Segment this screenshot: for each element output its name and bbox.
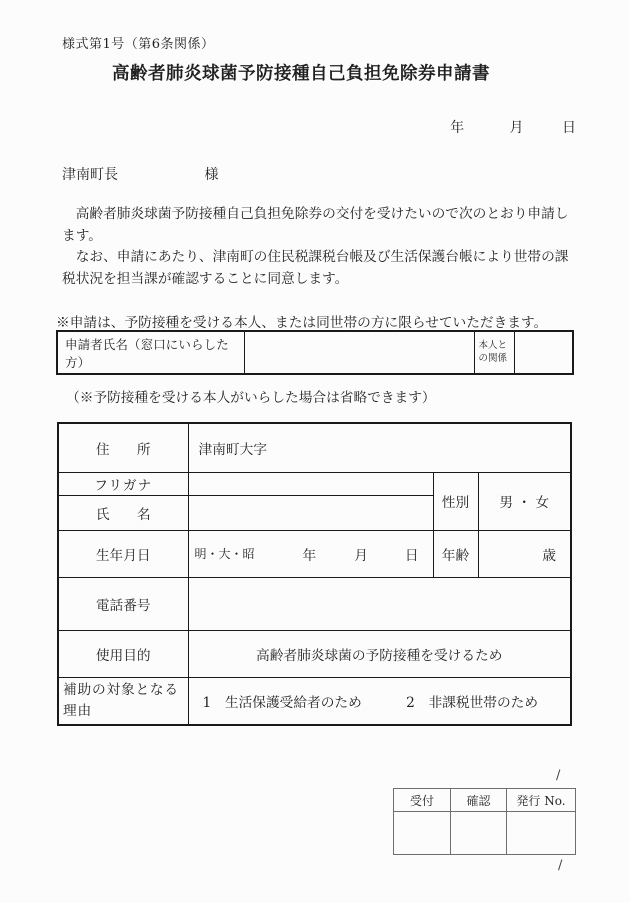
reason-label: 補助の対象となる理由 [58, 677, 188, 725]
stamp-blank-row [394, 812, 576, 855]
address-label: 住 所 [58, 423, 188, 472]
furigana-value-cell [188, 472, 433, 495]
reason-row: 補助の対象となる理由 1 生活保護受給者のため 2 非課税世帯のため [58, 677, 571, 725]
purpose-value: 高齢者肺炎球菌の予防接種を受けるため [188, 630, 571, 677]
relation-label: 本人との関係 [474, 331, 514, 374]
addressee-honorific: 様 [204, 167, 218, 183]
name-label: 氏 名 [58, 495, 188, 530]
date-month-label: 月 [510, 120, 524, 136]
reason-option-1: 1 生活保護受給者のため [203, 695, 362, 711]
stamp-header-confirmation: 確認 [451, 789, 507, 812]
applicant-name-value-cell [244, 331, 474, 374]
body-paragraph-request: 高齢者肺炎球菌予防接種自己負担免除券の交付を受けたいので次のとおり申請します。 [62, 204, 575, 247]
reason-options-cell: 1 生活保護受給者のため 2 非課税世帯のため [188, 677, 571, 725]
birth-label: 生年月日 [58, 530, 188, 577]
date-line: 年 月 日 [0, 117, 576, 137]
form-number: 様式第1号（第6条関係） [62, 33, 215, 52]
stamp-cell-confirmation [451, 812, 507, 855]
gender-label: 性別 [433, 472, 478, 530]
furigana-row: フリガナ 性別 男 ・ 女 [58, 472, 571, 495]
slash-mark-bottom: / [558, 858, 562, 873]
phone-value-cell [188, 577, 571, 630]
name-value-cell [188, 495, 433, 530]
applicant-name-row: 申請者氏名（窓口にいらした方） 本人との関係 [57, 331, 573, 374]
date-day-label: 日 [562, 120, 576, 136]
applicant-name-label: 申請者氏名（窓口にいらした方） [57, 331, 244, 374]
stamp-cell-issue-no [507, 812, 576, 855]
gender-options: 男 ・ 女 [478, 472, 571, 530]
slash-mark-top: / [556, 768, 560, 783]
application-form-page: 様式第1号（第6条関係） 高齢者肺炎球菌予防接種自己負担免除券申請書 年 月 日… [0, 0, 630, 903]
phone-label: 電話番号 [58, 577, 188, 630]
applicant-detail-table: 住 所 津南町大字 フリガナ 性別 男 ・ 女 氏 名 生年月日 明・大・昭 年… [57, 422, 572, 726]
date-year-label: 年 [450, 120, 464, 136]
stamp-header-reception: 受付 [394, 789, 451, 812]
address-value-cell: 津南町大字 [188, 423, 571, 472]
reason-option-2: 2 非課税世帯のため [406, 695, 538, 711]
furigana-label: フリガナ [58, 472, 188, 495]
purpose-label: 使用目的 [58, 630, 188, 677]
addressee-line: 津南町長 様 [62, 164, 218, 184]
stamp-header-issue-no: 発行 No. [507, 789, 576, 812]
address-row: 住 所 津南町大字 [58, 423, 571, 472]
applicant-name-table: 申請者氏名（窓口にいらした方） 本人との関係 [56, 330, 574, 375]
phone-row: 電話番号 [58, 577, 571, 630]
stamp-cell-reception [394, 812, 451, 855]
birth-line: 明・大・昭 年 月 日 [189, 544, 433, 564]
birth-value-cell: 明・大・昭 年 月 日 [188, 530, 433, 577]
purpose-row: 使用目的 高齢者肺炎球菌の予防接種を受けるため [58, 630, 571, 677]
addressee-name: 津南町長 [62, 167, 118, 183]
birth-era-options: 明・大・昭 [195, 545, 255, 562]
relation-value-cell [514, 331, 573, 374]
office-use-stamp-table: 受付 確認 発行 No. [393, 788, 576, 855]
stamp-header-row: 受付 確認 発行 No. [394, 789, 576, 812]
birth-day-label: 日 [405, 544, 419, 564]
restriction-note: ※申請は、予防接種を受ける本人、または同世帯の方に限らせていただきます。 [56, 311, 547, 331]
page-title: 高齢者肺炎球菌予防接種自己負担免除券申請書 [0, 60, 602, 85]
omission-note: （※予防接種を受ける本人がいらした場合は省略できます） [66, 386, 436, 406]
body-text: 高齢者肺炎球菌予防接種自己負担免除券の交付を受けたいので次のとおり申請します。 … [62, 204, 575, 290]
age-value-cell: 歳 [478, 530, 571, 577]
age-label: 年齢 [433, 530, 478, 577]
birth-row: 生年月日 明・大・昭 年 月 日 年齢 歳 [58, 530, 571, 577]
body-paragraph-consent: なお、申請にあたり、津南町の住民税課税台帳及び生活保護台帳により世帯の課税状況を… [62, 247, 575, 290]
birth-month-label: 月 [354, 544, 368, 564]
birth-year-label: 年 [303, 544, 317, 564]
